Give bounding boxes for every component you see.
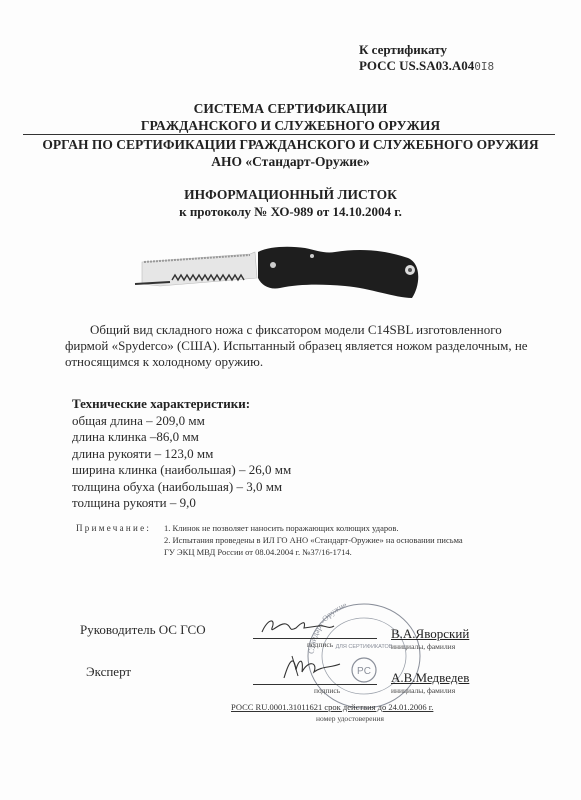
name-caption-expert: инициалы, фамилия — [391, 686, 455, 695]
certificate-number-prefix: РОСС US.SA03.A04 — [359, 58, 474, 73]
technical-specs: Технические характеристики: общая длина … — [72, 396, 291, 512]
system-title-line1: СИСТЕМА СЕРТИФИКАЦИИ — [0, 100, 581, 117]
spec-spine-thickness: толщина обуха (наибольшая) – 3,0 мм — [72, 479, 291, 496]
spec-handle-length: длина рукояти – 123,0 мм — [72, 446, 291, 463]
svg-text:PC: PC — [357, 666, 371, 677]
description-line1: Общий вид складного ножа с фиксатором мо… — [65, 322, 530, 338]
knife-handle — [258, 247, 418, 298]
signatory-role-expert: Эксперт — [86, 664, 131, 680]
name-caption-head: инициалы, фамилия — [391, 642, 455, 651]
header-divider — [23, 134, 555, 135]
spec-handle-thickness: толщина рукояти – 9,0 — [72, 495, 291, 512]
signature-head — [258, 614, 338, 638]
certification-body-line2: АНО «Стандарт-Оружие» — [0, 153, 581, 170]
certificate-number-suffix: 0I8 — [474, 60, 494, 73]
signatory-name-head: В.А.Яворский — [391, 626, 469, 642]
notes-label: Примечание: — [76, 522, 151, 534]
description-paragraph: Общий вид складного ножа с фиксатором мо… — [65, 322, 530, 370]
spec-blade-width: ширина клинка (наибольшая) – 26,0 мм — [72, 462, 291, 479]
signature-expert — [278, 652, 348, 682]
document-subtitle: к протоколу № ХО-989 от 14.10.2004 г. — [0, 203, 581, 220]
signature-line-expert — [253, 684, 377, 685]
spec-total-length: общая длина – 209,0 мм — [72, 413, 291, 430]
description-line3: относящимся к холодному оружию. — [65, 354, 530, 370]
knife-photo — [130, 240, 430, 302]
notes-list: 1. Клинок не позволяет наносить поражающ… — [164, 522, 524, 558]
signature-line-head — [253, 638, 377, 639]
spec-blade-length: длина клинка –86,0 мм — [72, 429, 291, 446]
signatory-role-head: Руководитель ОС ГСО — [80, 622, 206, 638]
registration-number: РОСС RU.0001.31011621 срок действия до 2… — [231, 702, 433, 712]
certificate-ref-line1: К сертификату — [359, 42, 494, 58]
signatory-name-expert: А.В.Медведев — [391, 670, 469, 686]
certificate-reference: К сертификату РОСС US.SA03.A040I8 — [359, 42, 494, 75]
note-item: 1. Клинок не позволяет наносить поражающ… — [164, 522, 524, 534]
note-item: 2. Испытания проведены в ИЛ ГО АНО «Стан… — [164, 534, 524, 546]
specs-title: Технические характеристики: — [72, 396, 291, 413]
system-title-line2: ГРАЖДАНСКОГО И СЛУЖЕБНОГО ОРУЖИЯ — [0, 117, 581, 134]
certification-body-line1: ОРГАН ПО СЕРТИФИКАЦИИ ГРАЖДАНСКОГО И СЛУ… — [0, 136, 581, 153]
certificate-ref-number: РОСС US.SA03.A040I8 — [359, 58, 494, 75]
signature-caption-expert: подпись — [314, 686, 340, 695]
document-header: СИСТЕМА СЕРТИФИКАЦИИ ГРАЖДАНСКОГО И СЛУЖ… — [0, 100, 581, 220]
stamp-center-text: ДЛЯ СЕРТИФИКАТОВ — [336, 644, 393, 650]
note-item: ГУ ЭКЦ МВД России от 08.04.2004 г. №37/1… — [164, 546, 524, 558]
knife-blade — [135, 252, 257, 286]
document-title: ИНФОРМАЦИОННЫЙ ЛИСТОК — [0, 186, 581, 203]
signature-caption-head: подпись — [307, 640, 333, 649]
registration-caption: номер удостоверения — [316, 714, 384, 723]
description-line2: фирмой «Spyderco» (США). Испытанный обра… — [65, 338, 530, 354]
